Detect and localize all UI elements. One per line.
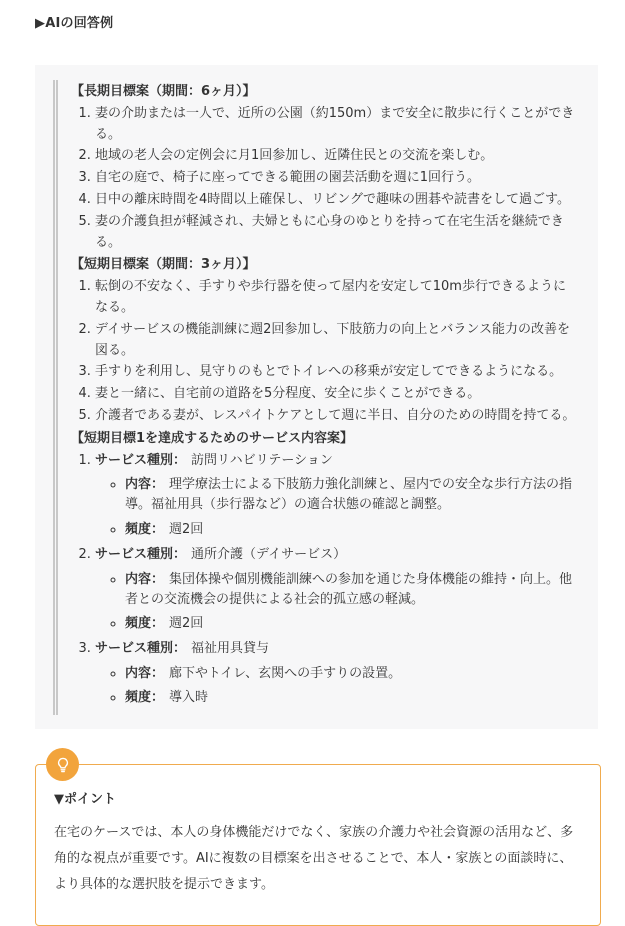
service-detail: 頻度：導入時 xyxy=(125,688,576,708)
service-type-label: サービス種別： xyxy=(95,453,186,468)
point-title: ▼ポイント xyxy=(54,790,578,810)
goal-item: 日中の離床時間を4時間以上確保し、リビングで趣味の囲碁や読書をして過ごす。 xyxy=(95,190,576,211)
service-item: サービス種別：通所介護（デイサービス） 内容：集団体操や個別機能訓練への参加を通… xyxy=(95,545,576,634)
detail-value: 導入時 xyxy=(169,690,208,705)
short-term-goal-list: 転倒の不安なく、手すりや歩行器を使って屋内を安定して10m歩行できるようになる。… xyxy=(71,277,576,427)
lightbulb-icon xyxy=(46,748,79,781)
service-detail: 頻度：週2回 xyxy=(125,614,576,634)
service-type-value: 福祉用具貸与 xyxy=(191,641,269,656)
service-type-value: 通所介護（デイサービス） xyxy=(191,547,346,562)
goal-item: デイサービスの機能訓練に週2回参加し、下肢筋力の向上とバランス能力の改善を図る。 xyxy=(95,320,576,362)
goal-item: 妻の介助または一人で、近所の公園（約150m）まで安全に散歩に行くことができる。 xyxy=(95,104,576,146)
goal-item: 介護者である妻が、レスパイトケアとして週に半日、自分のための時間を持てる。 xyxy=(95,406,576,427)
detail-label: 内容： xyxy=(125,572,164,587)
detail-label: 頻度： xyxy=(125,616,164,631)
service-type-label: サービス種別： xyxy=(95,547,186,562)
service-detail: 頻度：週2回 xyxy=(125,520,576,540)
ai-answer-blockquote: 【長期目標案（期間：6ヶ月）】 妻の介助または一人で、近所の公園（約150m）ま… xyxy=(53,80,576,715)
service-detail-list: 内容：廊下やトイレ、玄関への手すりの設置。 頻度：導入時 xyxy=(95,664,576,708)
service-item: サービス種別：福祉用具貸与 内容：廊下やトイレ、玄関への手すりの設置。 頻度：導… xyxy=(95,639,576,708)
service-type-label: サービス種別： xyxy=(95,641,186,656)
goal-item: 手すりを利用し、見守りのもとでトイレへの移乗が安定してできるようになる。 xyxy=(95,362,576,383)
long-term-goal-title: 【長期目標案（期間：6ヶ月）】 xyxy=(71,82,576,103)
short-term-goal-title: 【短期目標案（期間：3ヶ月）】 xyxy=(71,255,576,276)
detail-value: 週2回 xyxy=(169,616,203,631)
goal-item: 妻の介護負担が軽減され、夫婦ともに心身のゆとりを持って在宅生活を継続できる。 xyxy=(95,212,576,254)
point-body: 在宅のケースでは、本人の身体機能だけでなく、家族の介護力や社会資源の活用など、多… xyxy=(54,820,578,898)
detail-value: 週2回 xyxy=(169,522,203,537)
detail-value: 集団体操や個別機能訓練への参加を通じた身体機能の維持・向上。他者との交流機会の提… xyxy=(125,572,572,607)
service-item: サービス種別：訪問リハビリテーション 内容：理学療法士による下肢筋力強化訓練と、… xyxy=(95,451,576,540)
goal-item: 転倒の不安なく、手すりや歩行器を使って屋内を安定して10m歩行できるようになる。 xyxy=(95,277,576,319)
detail-value: 廊下やトイレ、玄関への手すりの設置。 xyxy=(169,666,401,681)
goal-item: 自宅の庭で、椅子に座ってできる範囲の園芸活動を週に1回行う。 xyxy=(95,168,576,189)
service-type-value: 訪問リハビリテーション xyxy=(191,453,333,468)
ai-answer-heading: ▶AIの回答例 xyxy=(35,12,625,31)
service-detail-list: 内容：理学療法士による下肢筋力強化訓練と、屋内での安全な歩行方法の指導。福祉用具… xyxy=(95,475,576,539)
service-detail: 内容：集団体操や個別機能訓練への参加を通じた身体機能の維持・向上。他者との交流機… xyxy=(125,570,576,610)
long-term-goal-list: 妻の介助または一人で、近所の公園（約150m）まで安全に散歩に行くことができる。… xyxy=(71,104,576,254)
article-section: ▶AIの回答例 【長期目標案（期間：6ヶ月）】 妻の介助または一人で、近所の公園… xyxy=(0,0,625,926)
service-detail: 内容：廊下やトイレ、玄関への手すりの設置。 xyxy=(125,664,576,684)
goal-item: 妻と一緒に、自宅前の道路を5分程度、安全に歩くことができる。 xyxy=(95,384,576,405)
service-plan-list: サービス種別：訪問リハビリテーション 内容：理学療法士による下肢筋力強化訓練と、… xyxy=(71,451,576,709)
service-detail-list: 内容：集団体操や個別機能訓練への参加を通じた身体機能の維持・向上。他者との交流機… xyxy=(95,570,576,634)
ai-answer-box: 【長期目標案（期間：6ヶ月）】 妻の介助または一人で、近所の公園（約150m）ま… xyxy=(35,65,598,729)
detail-value: 理学療法士による下肢筋力強化訓練と、屋内での安全な歩行方法の指導。福祉用具（歩行… xyxy=(125,477,572,512)
detail-label: 内容： xyxy=(125,666,164,681)
goal-item: 地域の老人会の定例会に月1回参加し、近隣住民との交流を楽しむ。 xyxy=(95,146,576,167)
detail-label: 内容： xyxy=(125,477,164,492)
detail-label: 頻度： xyxy=(125,690,164,705)
detail-label: 頻度： xyxy=(125,522,164,537)
service-plan-title: 【短期目標1を達成するためのサービス内容案】 xyxy=(71,429,576,450)
point-box: ▼ポイント 在宅のケースでは、本人の身体機能だけでなく、家族の介護力や社会資源の… xyxy=(35,764,601,926)
service-detail: 内容：理学療法士による下肢筋力強化訓練と、屋内での安全な歩行方法の指導。福祉用具… xyxy=(125,475,576,515)
